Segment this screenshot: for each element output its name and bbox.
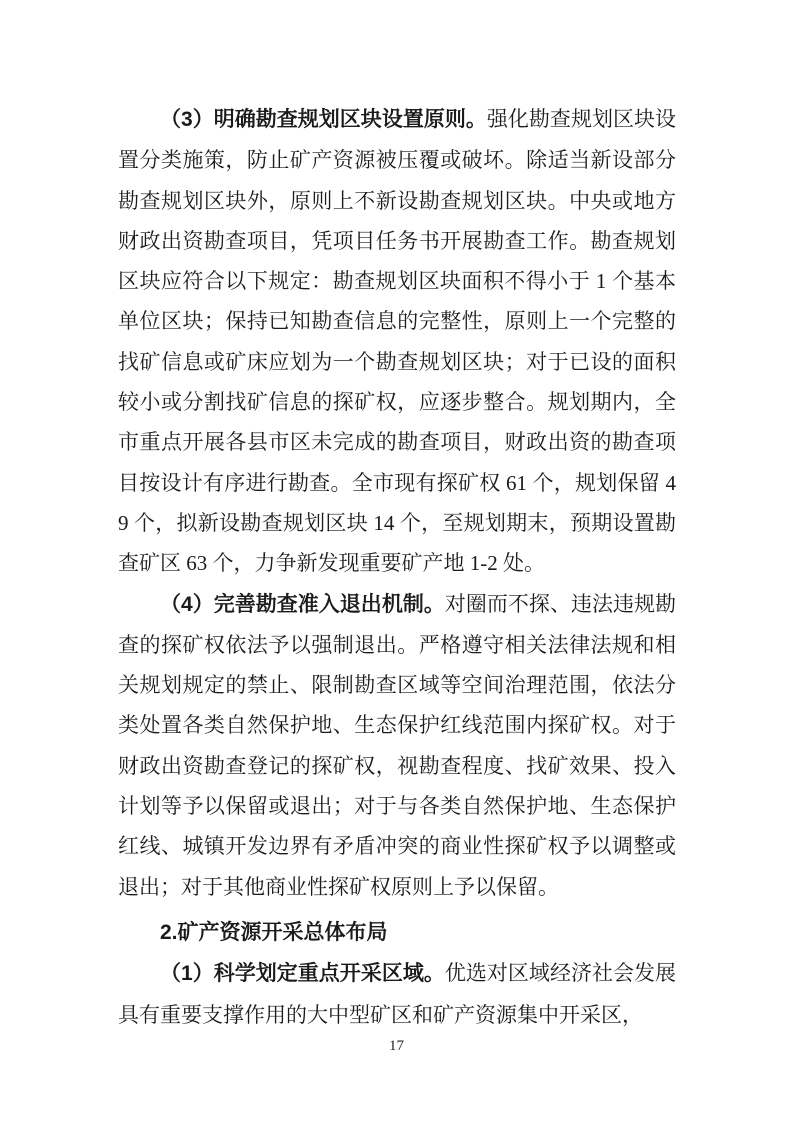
paragraph-exploration-entry-exit-mechanism: （4）完善勘查准入退出机制。对圈而不探、违法违规勘查的探矿权依法予以强制退出。严… — [118, 584, 676, 907]
page-number: 17 — [0, 1038, 793, 1054]
paragraph-3-body-text: 强化勘查规划区块设置分类施策，防止矿产资源被压覆或破坏。除适当新设部分勘查规划区… — [118, 107, 676, 575]
page-content: （3）明确勘查规划区块设置原则。强化勘查规划区块设置分类施策，防止矿产资源被压覆… — [118, 99, 676, 1035]
paragraph-3-run-in-heading: （3）明确勘查规划区块设置原则。 — [160, 108, 487, 131]
document-page: （3）明确勘查规划区块设置原则。强化勘查规划区块设置分类施策，防止矿产资源被压覆… — [0, 0, 793, 1122]
paragraph-key-mining-areas: （1）科学划定重点开采区域。优选对区域经济社会发展具有重要支撑作用的大中型矿区和… — [118, 953, 676, 1035]
paragraph-4-run-in-heading: （4）完善勘查准入退出机制。 — [160, 593, 445, 616]
paragraph-1-run-in-heading: （1）科学划定重点开采区域。 — [160, 962, 445, 985]
section-heading-mining-overall-layout: 2.矿产资源开采总体布局 — [118, 913, 676, 953]
paragraph-exploration-block-principles: （3）明确勘查规划区块设置原则。强化勘查规划区块设置分类施策，防止矿产资源被压覆… — [118, 99, 676, 584]
paragraph-4-body-text: 对圈而不探、违法违规勘查的探矿权依法予以强制退出。严格遵守相关法律法规和相关规划… — [118, 592, 676, 899]
